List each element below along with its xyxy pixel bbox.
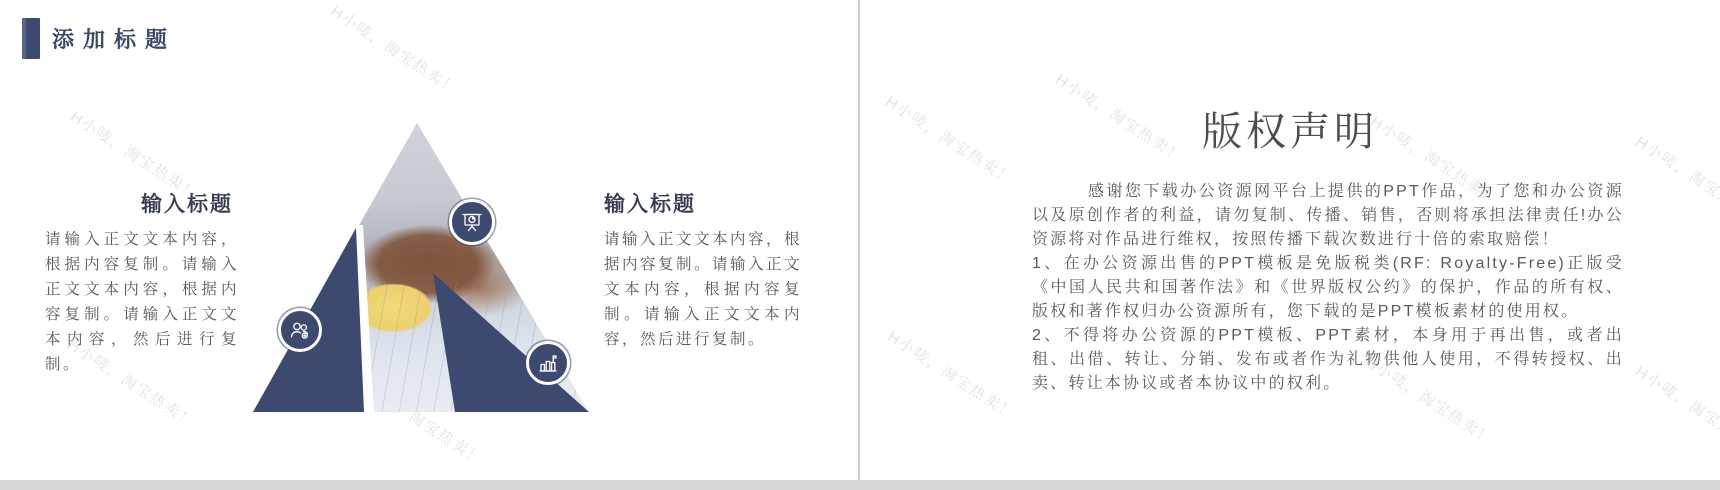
title-accent-bar xyxy=(22,18,40,59)
block-body: 请输入正文文本内容，根据内容复制。请输入正文文本内容，根据内容复制。请输入正文文… xyxy=(604,227,802,352)
copyright-title: 版权声明 xyxy=(860,100,1720,157)
presentation-board-glyph xyxy=(460,210,484,234)
pyramid-diagram xyxy=(250,121,592,413)
text-block-left: 输入标题 请输入正文文本内容，根据内容复制。请输入正文文本内容，根据内容复制。请… xyxy=(45,188,239,377)
slide-divider xyxy=(858,0,860,480)
team-icon xyxy=(278,308,322,352)
bottom-strip xyxy=(0,480,1720,490)
ppt-template-preview: H小唛，淘宝热卖！H小唛，淘宝热卖！H小唛，淘宝热卖！H小唛，淘宝热卖！H小唛，… xyxy=(0,0,1720,490)
block-title: 输入标题 xyxy=(604,188,802,218)
presentation-board-icon xyxy=(449,199,495,245)
copyright-paragraph: 感谢您下载办公资源网平台上提供的PPT作品，为了您和办公资源以及原创作者的利益，… xyxy=(1032,180,1624,252)
copyright-paragraph: 1、在办公资源出售的PPT模板是免版税类(RF: Royalty-Free)正版… xyxy=(1032,252,1624,324)
copyright-body: 感谢您下载办公资源网平台上提供的PPT作品，为了您和办公资源以及原创作者的利益，… xyxy=(1032,180,1624,396)
copyright-paragraph: 2、不得将办公资源的PPT模板、PPT素材，本身用于再出售，或者出租、出借、转让… xyxy=(1032,324,1624,396)
slide-header: 添加标题 xyxy=(22,18,176,59)
building-chart-icon xyxy=(526,341,570,385)
block-body: 请输入正文文本内容，根据内容复制。请输入正文文本内容，根据内容复制。请输入正文文… xyxy=(45,227,239,377)
building-chart-glyph xyxy=(536,351,560,375)
slide-title: 添加标题 xyxy=(52,23,176,54)
slide-left: 添加标题 输入标题 请输入正文文本内容，根据内容复制。请输入正文文本内容，根据内… xyxy=(0,0,860,480)
text-block-right: 输入标题 请输入正文文本内容，根据内容复制。请输入正文文本内容，根据内容复制。请… xyxy=(604,188,802,352)
block-title: 输入标题 xyxy=(45,188,239,218)
slide-right: 版权声明 感谢您下载办公资源网平台上提供的PPT作品，为了您和办公资源以及原创作… xyxy=(860,0,1720,480)
team-glyph xyxy=(288,318,312,342)
